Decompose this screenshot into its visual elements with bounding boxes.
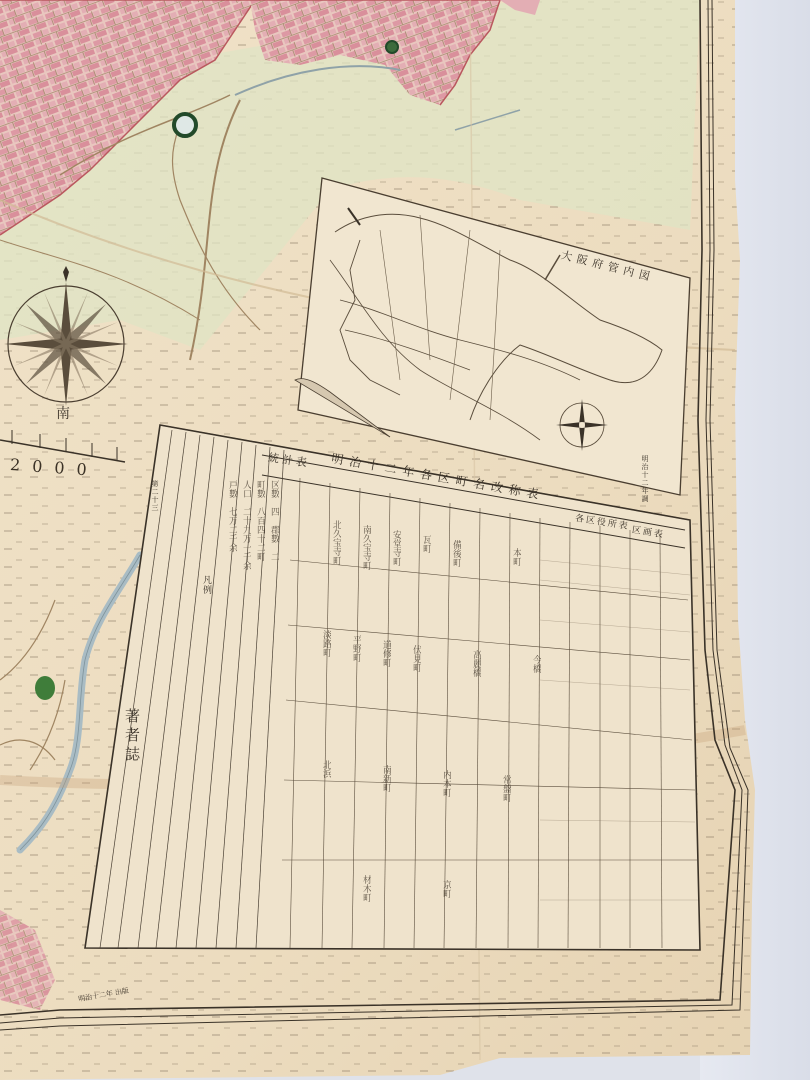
town-name: 本町 xyxy=(510,548,521,608)
town-name: 内本町 xyxy=(440,770,451,830)
town-name: 備後町 xyxy=(450,540,461,600)
town-name: 南久宝寺町 xyxy=(360,525,371,585)
statistics-column-4: 戸數 七万二千余 xyxy=(226,480,237,680)
green-landmark-marker xyxy=(174,114,196,136)
town-name: 平野町 xyxy=(350,635,361,695)
town-name: 瓦町 xyxy=(420,535,431,595)
town-name: 伏見町 xyxy=(410,645,421,705)
legend-header: 凡例 xyxy=(200,575,213,595)
town-name: 京町 xyxy=(440,880,451,940)
page-marker: 第二十三 xyxy=(150,480,160,512)
inset-map-note: 明治十二年調 xyxy=(640,455,650,503)
author-note-label: 著者誌 xyxy=(122,708,143,765)
town-name: 材木町 xyxy=(360,875,371,935)
town-name: 安堂寺町 xyxy=(390,530,401,590)
statistics-column-2: 町數 八百四十二町 xyxy=(254,480,265,660)
town-name: 高麗橋 xyxy=(470,650,481,710)
town-name: 道修町 xyxy=(380,640,391,700)
map-sheet: 南 2000 大阪府管内図 明治十二年調 明治十二年各区町名改称表 統計表 各区… xyxy=(0,0,810,1080)
statistics-column-1: 区數 四 郡數 二 xyxy=(268,480,279,660)
compass-south-label: 南 xyxy=(56,403,71,423)
town-name: 北浜 xyxy=(320,760,331,820)
town-name: 今橋 xyxy=(530,655,541,715)
statistics-column-3: 人口 二十九万一千余 xyxy=(240,480,251,680)
town-name: 南新町 xyxy=(380,765,391,825)
town-name: 淡路町 xyxy=(320,630,331,690)
town-name: 常盤町 xyxy=(500,775,511,835)
town-name: 北久宝寺町 xyxy=(330,520,341,580)
map-artwork xyxy=(0,0,810,1080)
